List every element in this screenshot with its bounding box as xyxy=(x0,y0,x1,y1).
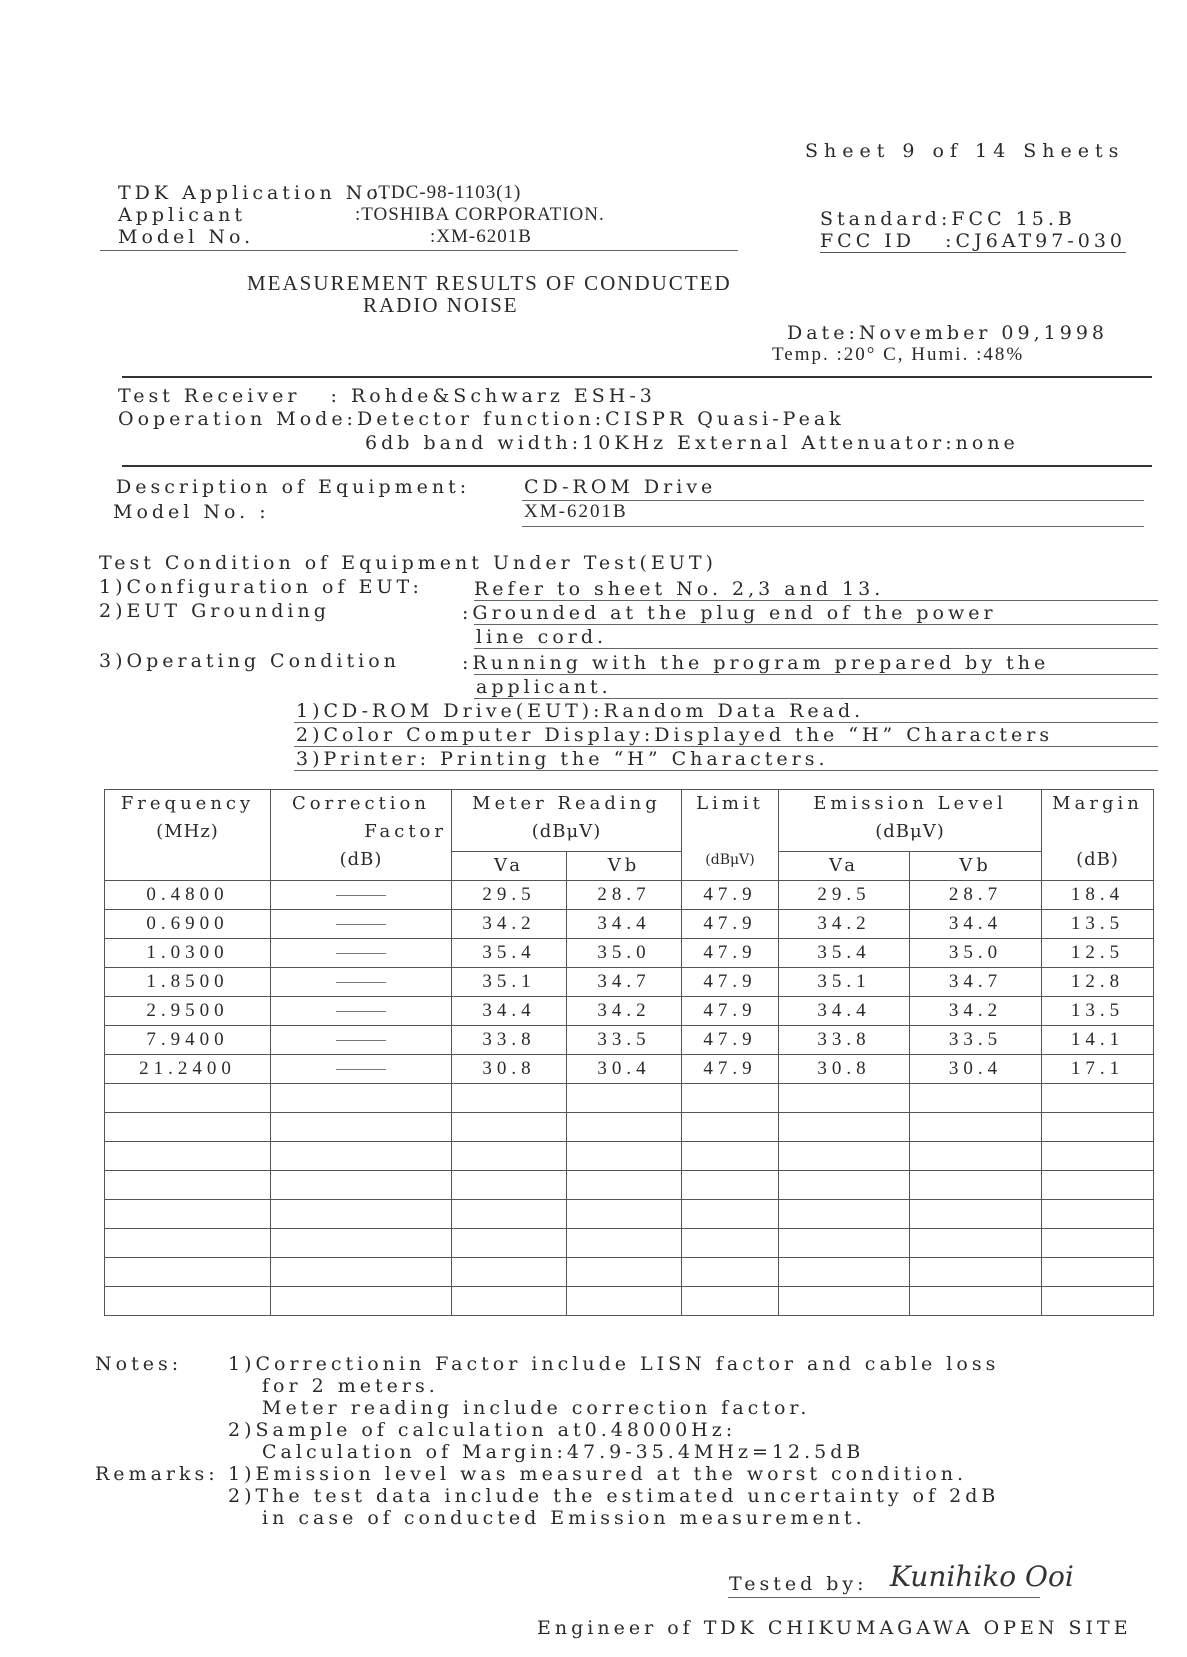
cell-frequency: 1.0300 xyxy=(105,939,271,968)
cell-emission-vb: 34.7 xyxy=(910,968,1042,997)
cell-correction xyxy=(271,939,452,968)
dash-icon xyxy=(336,1040,386,1041)
cell-limit: 47.9 xyxy=(682,968,779,997)
cell-limit: 47.9 xyxy=(682,1026,779,1055)
cell-meter-vb: 34.7 xyxy=(567,968,682,997)
cell-emission-vb: 34.2 xyxy=(910,997,1042,1026)
dash-icon xyxy=(336,1069,386,1070)
cell-emission-vb: 33.5 xyxy=(910,1026,1042,1055)
empty-cell xyxy=(105,1113,271,1142)
note-1c: Meter reading include correction factor. xyxy=(262,1397,810,1419)
test-receiver: Test Receiver : Rohde&Schwarz ESH-3 xyxy=(118,385,656,407)
sub2-underline xyxy=(294,746,1158,747)
remarks-label: Remarks: xyxy=(95,1463,219,1485)
equipment-desc-value: CD-ROM Drive xyxy=(524,476,716,498)
equipment-model-label: Model No. : xyxy=(113,501,270,523)
cell-frequency: 21.2400 xyxy=(105,1055,271,1084)
cell-meter-va: 34.4 xyxy=(452,997,567,1026)
table-row: 0.480029.528.747.929.528.718.4 xyxy=(105,881,1154,910)
standard: Standard:FCC 15.B xyxy=(820,208,1076,230)
cell-meter-vb: 34.4 xyxy=(567,910,682,939)
cell-margin: 13.5 xyxy=(1042,910,1154,939)
empty-cell xyxy=(271,1258,452,1287)
note-2b: Calculation of Margin:47.9-35.4MHz=12.5d… xyxy=(262,1441,864,1463)
empty-row xyxy=(105,1171,1154,1200)
applicant-value: :TOSHIBA CORPORATION. xyxy=(355,204,605,226)
operation-mode: Ooperation Mode:Detector function:CISPR … xyxy=(118,408,845,430)
empty-cell xyxy=(567,1171,682,1200)
dash-icon xyxy=(336,924,386,925)
cell-emission-va: 35.1 xyxy=(779,968,910,997)
empty-cell xyxy=(910,1142,1042,1171)
empty-cell xyxy=(910,1200,1042,1229)
model-underline xyxy=(522,526,1144,527)
empty-cell xyxy=(1042,1287,1154,1316)
note-1a: 1)Correctionin Factor include LISN facto… xyxy=(228,1353,999,1375)
cell-margin: 12.8 xyxy=(1042,968,1154,997)
empty-cell xyxy=(779,1229,910,1258)
empty-cell xyxy=(567,1084,682,1113)
equipment-desc-label: Description of Equipment: xyxy=(116,476,470,498)
title-line1: MEASUREMENT RESULTS OF CONDUCTED xyxy=(247,272,732,294)
header-margin: Margin (dB) xyxy=(1042,790,1154,881)
notes-label: Notes: xyxy=(95,1353,182,1375)
empty-cell xyxy=(567,1287,682,1316)
dash-icon xyxy=(336,982,386,983)
empty-cell xyxy=(910,1084,1042,1113)
empty-cell xyxy=(567,1113,682,1142)
note-1b: for 2 meters. xyxy=(262,1375,439,1397)
empty-cell xyxy=(271,1142,452,1171)
empty-cell xyxy=(567,1258,682,1287)
table-row: 1.850035.134.747.935.134.712.8 xyxy=(105,968,1154,997)
cell-meter-va: 35.1 xyxy=(452,968,567,997)
cell-frequency: 0.6900 xyxy=(105,910,271,939)
header-meter-va: Va xyxy=(452,852,567,881)
empty-cell xyxy=(271,1113,452,1142)
table-row: 1.030035.435.047.935.435.012.5 xyxy=(105,939,1154,968)
cell-correction xyxy=(271,910,452,939)
cell-meter-vb: 30.4 xyxy=(567,1055,682,1084)
empty-cell xyxy=(910,1171,1042,1200)
empty-cell xyxy=(452,1229,567,1258)
operating-underline-2 xyxy=(474,698,1158,699)
table-row: 7.940033.833.547.933.833.514.1 xyxy=(105,1026,1154,1055)
cell-frequency: 0.4800 xyxy=(105,881,271,910)
cell-correction xyxy=(271,997,452,1026)
header-meter-vb: Vb xyxy=(567,852,682,881)
cell-emission-va: 30.8 xyxy=(779,1055,910,1084)
empty-cell xyxy=(682,1171,779,1200)
sheet-number: Sheet 9 of 14 Sheets xyxy=(805,140,1124,162)
empty-cell xyxy=(567,1142,682,1171)
empty-cell xyxy=(682,1258,779,1287)
empty-cell xyxy=(682,1142,779,1171)
section-rule-2 xyxy=(122,465,1152,467)
remark-2b: in case of conducted Emission measuremen… xyxy=(262,1507,866,1529)
cell-frequency: 1.8500 xyxy=(105,968,271,997)
empty-cell xyxy=(1042,1084,1154,1113)
cell-correction xyxy=(271,1055,452,1084)
cell-limit: 47.9 xyxy=(682,910,779,939)
signature: Kunihiko Ooi xyxy=(890,1560,1074,1593)
model-value: :XM-6201B xyxy=(430,226,532,248)
cell-emission-va: 33.8 xyxy=(779,1026,910,1055)
header-correction: Correction Factor (dB) xyxy=(271,790,452,881)
empty-cell xyxy=(271,1171,452,1200)
empty-cell xyxy=(1042,1200,1154,1229)
empty-row xyxy=(105,1113,1154,1142)
title-line2: RADIO NOISE xyxy=(363,294,519,316)
cell-limit: 47.9 xyxy=(682,997,779,1026)
tested-by-label: Tested by: xyxy=(729,1573,868,1595)
cell-meter-va: 33.8 xyxy=(452,1026,567,1055)
empty-cell xyxy=(105,1200,271,1229)
cell-emission-vb: 35.0 xyxy=(910,939,1042,968)
empty-cell xyxy=(1042,1229,1154,1258)
empty-cell xyxy=(567,1200,682,1229)
cell-margin: 12.5 xyxy=(1042,939,1154,968)
cell-meter-vb: 33.5 xyxy=(567,1026,682,1055)
operating-sub-3: 3)Printer: Printing the “H” Characters. xyxy=(296,748,829,770)
signature-line xyxy=(728,1597,1040,1598)
bandwidth: 6db band width:10KHz External Attenuator… xyxy=(365,432,1019,454)
section-rule-1 xyxy=(122,376,1152,378)
test-date: Date:November 09,1998 xyxy=(787,322,1108,344)
empty-cell xyxy=(682,1113,779,1142)
empty-cell xyxy=(567,1229,682,1258)
cell-limit: 47.9 xyxy=(682,881,779,910)
cell-meter-va: 29.5 xyxy=(452,881,567,910)
application-value: :TDC-98-1103(1) xyxy=(372,182,521,204)
cell-emission-va: 35.4 xyxy=(779,939,910,968)
header-frequency: Frequency (MHz) xyxy=(105,790,271,881)
config-label: 1)Configuration of EUT: xyxy=(99,576,423,598)
cell-frequency: 2.9500 xyxy=(105,997,271,1026)
empty-cell xyxy=(271,1084,452,1113)
operating-underline-1 xyxy=(474,674,1158,675)
cell-meter-va: 34.2 xyxy=(452,910,567,939)
header-emission-va: Va xyxy=(779,852,910,881)
empty-cell xyxy=(779,1287,910,1316)
grounding-value-2: line cord. xyxy=(476,626,607,648)
sub1-underline xyxy=(294,722,1158,723)
cell-emission-va: 34.2 xyxy=(779,910,910,939)
cell-emission-va: 29.5 xyxy=(779,881,910,910)
empty-cell xyxy=(682,1084,779,1113)
empty-cell xyxy=(779,1113,910,1142)
header-limit: Limit (dBμV) xyxy=(682,790,779,881)
cell-margin: 13.5 xyxy=(1042,997,1154,1026)
empty-cell xyxy=(910,1258,1042,1287)
cell-limit: 47.9 xyxy=(682,1055,779,1084)
empty-row xyxy=(105,1142,1154,1171)
operating-sub-2: 2)Color Computer Display:Displayed the “… xyxy=(296,724,1053,746)
fcc-id: FCC ID :CJ6AT97-030 xyxy=(820,230,1126,253)
application-label: TDK Application No. xyxy=(118,182,392,204)
operating-value-2: applicant. xyxy=(476,676,612,698)
empty-row xyxy=(105,1084,1154,1113)
cell-meter-va: 35.4 xyxy=(452,939,567,968)
test-condition-title: Test Condition of Equipment Under Test(E… xyxy=(99,552,717,574)
config-underline xyxy=(474,600,1158,601)
header-meter-reading: Meter Reading (dBμV) xyxy=(452,790,682,852)
dash-icon xyxy=(336,953,386,954)
cell-margin: 17.1 xyxy=(1042,1055,1154,1084)
cell-limit: 47.9 xyxy=(682,939,779,968)
temp-humidity: Temp. :20° C, Humi. :48% xyxy=(772,344,1024,366)
empty-cell xyxy=(271,1229,452,1258)
equipment-model-value: XM-6201B xyxy=(524,501,628,523)
empty-cell xyxy=(779,1171,910,1200)
header-rule xyxy=(100,250,738,251)
cell-meter-vb: 35.0 xyxy=(567,939,682,968)
empty-cell xyxy=(910,1287,1042,1316)
table-row: 21.240030.830.447.930.830.417.1 xyxy=(105,1055,1154,1084)
cell-meter-vb: 34.2 xyxy=(567,997,682,1026)
empty-cell xyxy=(105,1229,271,1258)
config-value: Refer to sheet No. 2,3 and 13. xyxy=(474,578,884,600)
dash-icon xyxy=(336,1011,386,1012)
empty-cell xyxy=(779,1258,910,1287)
empty-cell xyxy=(452,1258,567,1287)
header-emission-vb: Vb xyxy=(910,852,1042,881)
empty-cell xyxy=(910,1113,1042,1142)
cell-correction xyxy=(271,968,452,997)
empty-cell xyxy=(452,1113,567,1142)
cell-margin: 18.4 xyxy=(1042,881,1154,910)
empty-cell xyxy=(105,1258,271,1287)
operating-label: 3)Operating Condition xyxy=(99,650,400,672)
empty-cell xyxy=(682,1229,779,1258)
applicant-label: Applicant xyxy=(118,204,246,226)
grounding-underline-2 xyxy=(474,648,1158,649)
remark-1: 1)Emission level was measured at the wor… xyxy=(228,1463,967,1485)
cell-emission-vb: 30.4 xyxy=(910,1055,1042,1084)
empty-cell xyxy=(271,1287,452,1316)
cell-correction xyxy=(271,1026,452,1055)
empty-cell xyxy=(452,1171,567,1200)
cell-meter-vb: 28.7 xyxy=(567,881,682,910)
empty-cell xyxy=(682,1287,779,1316)
empty-cell xyxy=(105,1142,271,1171)
cell-emission-vb: 28.7 xyxy=(910,881,1042,910)
empty-cell xyxy=(779,1142,910,1171)
empty-row xyxy=(105,1287,1154,1316)
empty-cell xyxy=(452,1142,567,1171)
empty-row xyxy=(105,1200,1154,1229)
empty-cell xyxy=(779,1200,910,1229)
operating-value-1: :Running with the program prepared by th… xyxy=(462,652,1049,674)
table-row: 2.950034.434.247.934.434.213.5 xyxy=(105,997,1154,1026)
empty-cell xyxy=(1042,1258,1154,1287)
grounding-value-1: :Grounded at the plug end of the power xyxy=(462,602,997,624)
empty-cell xyxy=(452,1200,567,1229)
note-2a: 2)Sample of calculation at0.48000Hz: xyxy=(228,1419,736,1441)
empty-cell xyxy=(682,1200,779,1229)
empty-cell xyxy=(271,1200,452,1229)
cell-meter-va: 30.8 xyxy=(452,1055,567,1084)
measurement-table: Frequency (MHz) Correction Factor (dB) M… xyxy=(104,789,1154,1316)
grounding-underline-1 xyxy=(474,624,1158,625)
empty-cell xyxy=(1042,1171,1154,1200)
cell-frequency: 7.9400 xyxy=(105,1026,271,1055)
empty-cell xyxy=(105,1287,271,1316)
empty-row xyxy=(105,1229,1154,1258)
grounding-label: 2)EUT Grounding xyxy=(99,600,330,622)
cell-emission-va: 34.4 xyxy=(779,997,910,1026)
header-emission-level: Emission Level (dBμV) xyxy=(779,790,1042,852)
empty-cell xyxy=(779,1084,910,1113)
dash-icon xyxy=(336,895,386,896)
table-row: 0.690034.234.447.934.234.413.5 xyxy=(105,910,1154,939)
empty-cell xyxy=(452,1084,567,1113)
operating-sub-1: 1)CD-ROM Drive(EUT):Random Data Read. xyxy=(296,700,864,722)
cell-correction xyxy=(271,881,452,910)
empty-cell xyxy=(105,1171,271,1200)
sub3-underline xyxy=(294,770,1158,771)
empty-cell xyxy=(1042,1113,1154,1142)
model-label: Model No. xyxy=(118,226,254,248)
cell-emission-vb: 34.4 xyxy=(910,910,1042,939)
empty-cell xyxy=(1042,1142,1154,1171)
empty-cell xyxy=(910,1229,1042,1258)
cell-margin: 14.1 xyxy=(1042,1026,1154,1055)
empty-cell xyxy=(105,1084,271,1113)
engineer-line: Engineer of TDK CHIKUMAGAWA OPEN SITE xyxy=(537,1617,1132,1639)
empty-cell xyxy=(452,1287,567,1316)
empty-row xyxy=(105,1258,1154,1287)
remark-2a: 2)The test data include the estimated un… xyxy=(228,1485,999,1507)
